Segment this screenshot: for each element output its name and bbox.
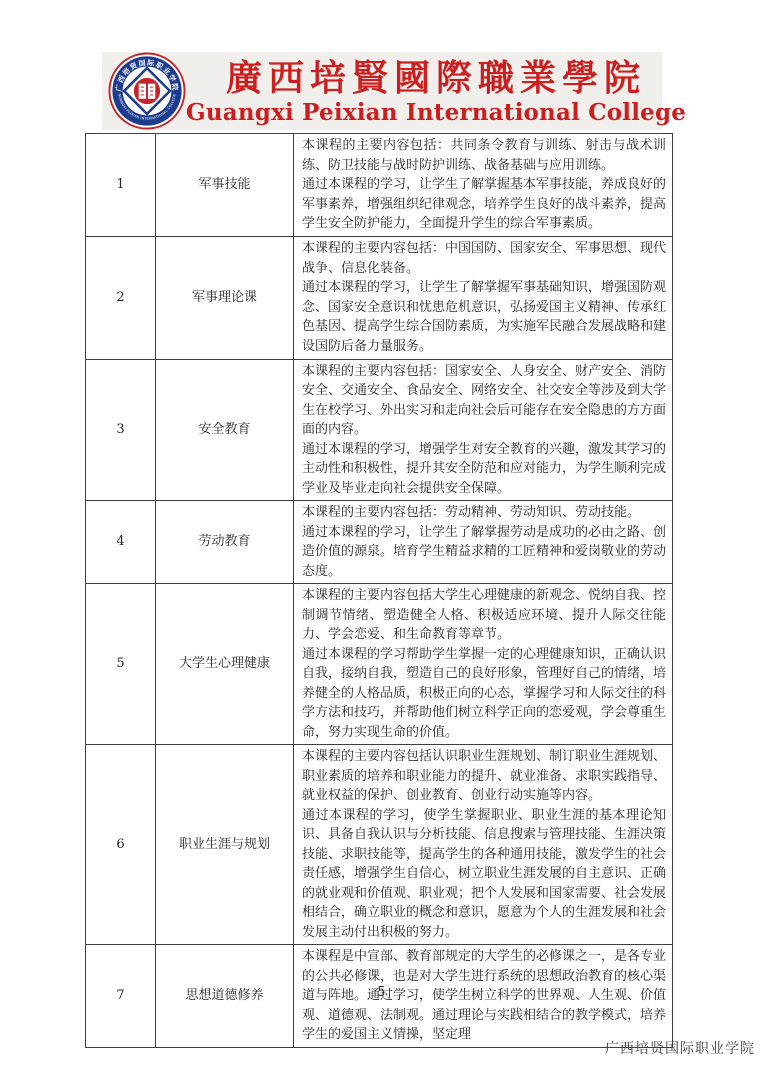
course-description: 本课程的主要内容包括：中国国防、国家安全、军事思想、现代战争、信息化装备。 通过… — [294, 236, 673, 359]
description-paragraph: 通过本课程的学习，让学生了解掌握军事基础知识，增强国防观念、国家安全意识和忧患危… — [302, 278, 666, 356]
course-number: 2 — [86, 236, 156, 359]
course-description: 本课程的主要内容包括大学生心理健康的新观念、悦纳自我、控制调节情绪、塑造健全人格… — [294, 584, 673, 745]
college-seal-icon: 广西培贤国际职业学院 GUANGXI PEIXIAN INTERNATIONAL… — [108, 52, 186, 130]
description-paragraph: 通过本课程的学习帮助学生掌握一定的心理健康知识，正确认识自我，接纳自我，塑造自己… — [302, 645, 666, 743]
description-paragraph: 通过本课程的学习，增强学生对安全教育的兴趣，激发其学习的主动性和积极性，提升其安… — [302, 440, 666, 499]
course-description: 本课程的主要内容包括：国家安全、人身安全、财产安全、消防安全、交通安全、食品安全… — [294, 359, 673, 501]
description-paragraph: 通过本课程的学习，让学生了解掌握劳动是成功的必由之路、创造价值的源泉。培育学生精… — [302, 523, 666, 582]
college-logo: 广西培贤国际职业学院 GUANGXI PEIXIAN INTERNATIONAL… — [108, 52, 186, 130]
course-description: 本课程的主要内容包括：劳动精神、劳动知识、劳动技能。 通过本课程的学习，让学生了… — [294, 501, 673, 584]
description-paragraph: 本课程的主要内容包括：中国国防、国家安全、军事思想、现代战争、信息化装备。 — [302, 239, 666, 278]
description-paragraph: 本课程的主要内容包括：国家安全、人身安全、财产安全、消防安全、交通安全、食品安全… — [302, 362, 666, 440]
page-number: 5 — [0, 985, 763, 1000]
college-name-chinese: 廣西培賢國際職業學院 — [226, 57, 646, 99]
course-number: 6 — [86, 745, 156, 945]
college-name-english: Guangxi Peixian International College — [186, 99, 686, 126]
table-row: 1 军事技能 本课程的主要内容包括：共同条令教育与训练、射击与战术训练、防卫技能… — [86, 134, 673, 237]
course-number: 3 — [86, 359, 156, 501]
description-paragraph: 本课程的主要内容包括：共同条令教育与训练、射击与战术训练、防卫技能与战时防护训练… — [302, 136, 666, 175]
course-description: 本课程的主要内容包括：共同条令教育与训练、射击与战术训练、防卫技能与战时防护训练… — [294, 134, 673, 237]
table-row: 5 大学生心理健康 本课程的主要内容包括大学生心理健康的新观念、悦纳自我、控制调… — [86, 584, 673, 745]
document-page: 广西培贤国际职业学院 GUANGXI PEIXIAN INTERNATIONAL… — [0, 0, 763, 1080]
table-row: 3 安全教育 本课程的主要内容包括：国家安全、人身安全、财产安全、消防安全、交通… — [86, 359, 673, 501]
table-row: 6 职业生涯与规划 本课程的主要内容包括认识职业生涯规划、制订职业生涯规划、职业… — [86, 745, 673, 945]
footer-college-name: 广西培贤国际职业学院 — [605, 1038, 755, 1058]
course-name: 军事技能 — [156, 134, 294, 237]
college-header-banner: 广西培贤国际职业学院 GUANGXI PEIXIAN INTERNATIONAL… — [102, 52, 662, 130]
description-paragraph: 本课程的主要内容包括认识职业生涯规划、制订职业生涯规划、职业素质的培养和职业能力… — [302, 747, 666, 806]
description-paragraph: 本课程的主要内容包括大学生心理健康的新观念、悦纳自我、控制调节情绪、塑造健全人格… — [302, 586, 666, 645]
course-description-table: 1 军事技能 本课程的主要内容包括：共同条令教育与训练、射击与战术训练、防卫技能… — [85, 133, 673, 1048]
course-name: 安全教育 — [156, 359, 294, 501]
course-name: 军事理论课 — [156, 236, 294, 359]
course-name: 劳动教育 — [156, 501, 294, 584]
description-paragraph: 通过本课程的学习，让学生了解掌握基本军事技能，养成良好的军事素养，增强组织纪律观… — [302, 175, 666, 234]
description-paragraph: 本课程的主要内容包括：劳动精神、劳动知识、劳动技能。 — [302, 503, 666, 523]
table-row: 4 劳动教育 本课程的主要内容包括：劳动精神、劳动知识、劳动技能。 通过本课程的… — [86, 501, 673, 584]
course-number: 4 — [86, 501, 156, 584]
course-name: 大学生心理健康 — [156, 584, 294, 745]
course-name: 职业生涯与规划 — [156, 745, 294, 945]
table-row: 2 军事理论课 本课程的主要内容包括：中国国防、国家安全、军事思想、现代战争、信… — [86, 236, 673, 359]
course-number: 1 — [86, 134, 156, 237]
course-description: 本课程的主要内容包括认识职业生涯规划、制订职业生涯规划、职业素质的培养和职业能力… — [294, 745, 673, 945]
course-number: 5 — [86, 584, 156, 745]
college-title-block: 廣西培賢國際職業學院 Guangxi Peixian International… — [186, 57, 696, 126]
description-paragraph: 通过本课程的学习，使学生掌握职业、职业生涯的基本理论知识、具备自我认识与分析技能… — [302, 806, 666, 943]
